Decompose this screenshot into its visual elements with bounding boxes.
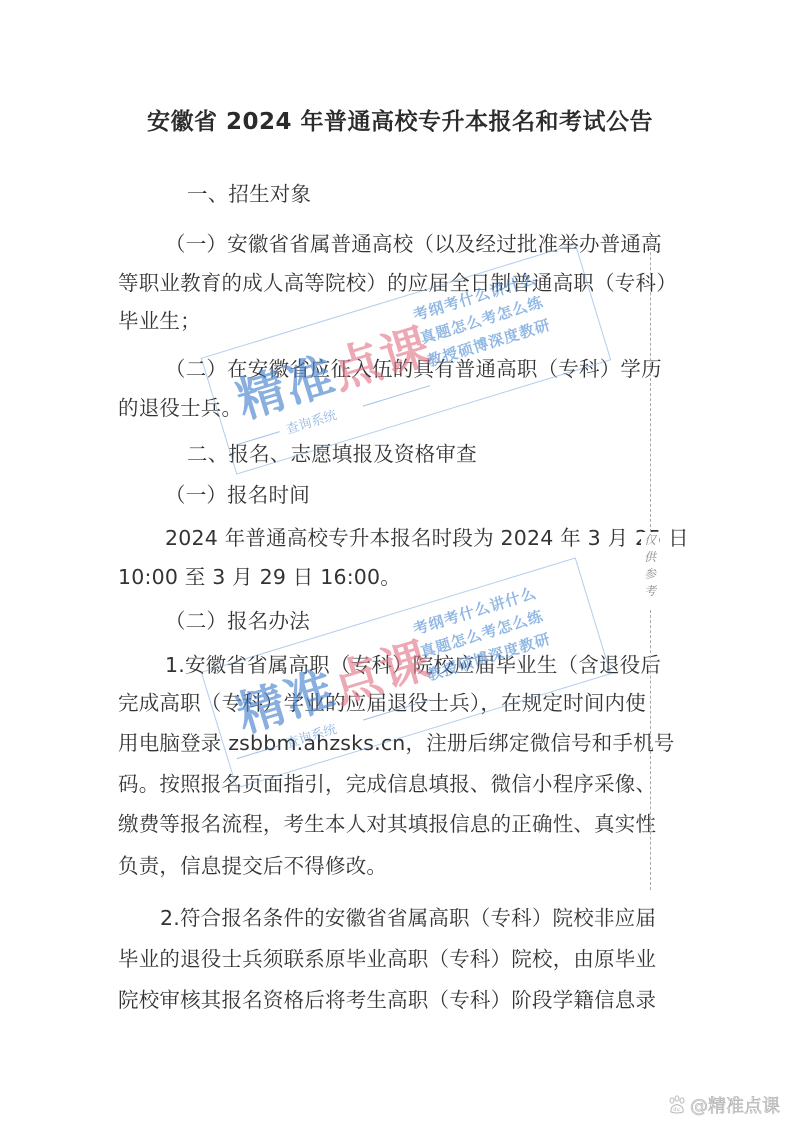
paragraph-line-url: 用电脑登录 zsbbm.ahzsks.cn，注册后绑定微信号和手机号	[118, 729, 675, 757]
paragraph-line: 的退役士兵。	[118, 394, 242, 422]
paragraph-line: 缴费等报名流程，考生本人对其填报信息的正确性、真实性	[118, 810, 656, 838]
footer-watermark-text: @精准点课	[690, 1092, 780, 1118]
watermark-slogan: 真题怎么考怎么练	[418, 291, 547, 349]
margin-dashed-line	[650, 232, 651, 532]
paragraph-line: 2024 年普通高校专升本报名时段为 2024 年 3 月 25 日	[165, 524, 689, 552]
margin-note-char: 仅	[641, 532, 659, 549]
watermark-rule	[363, 385, 430, 406]
paragraph-line: 院校审核其报名资格后将考生高职（专科）阶段学籍信息录	[118, 986, 656, 1014]
paragraph-line: 2.符合报名条件的安徽省省属高职（专科）院校非应届	[160, 904, 656, 932]
subheading-registration-time: （一）报名时间	[165, 481, 310, 509]
paragraph-line: 毕业生；	[118, 307, 201, 335]
paragraph-line: 毕业的退役士兵须联系原毕业高职（专科）院校，由原毕业	[118, 945, 656, 973]
paragraph-line: 10:00 至 3 月 29 日 16:00。	[118, 563, 401, 591]
margin-note-for-reference-only: 仅 供 参 考	[641, 532, 659, 600]
section-heading-registration: 二、报名、志愿填报及资格审查	[187, 440, 477, 468]
document-title: 安徽省 2024 年普通高校专升本报名和考试公告	[0, 103, 800, 136]
document-page: 安徽省 2024 年普通高校专升本报名和考试公告 一、招生对象 （一）安徽省省属…	[0, 0, 800, 1132]
paragraph-line: （一）安徽省省属普通高校（以及经过批准举办普通高	[165, 230, 662, 258]
section-heading-enrollment-target: 一、招生对象	[187, 180, 311, 208]
watermark-subtitle: 查询系统	[283, 404, 338, 437]
margin-note-char: 参	[641, 566, 659, 583]
baidu-paw-icon: du	[667, 1095, 687, 1115]
footer-watermark: du @精准点课	[667, 1093, 780, 1117]
margin-note-char: 考	[641, 583, 659, 600]
paragraph-line: 码。按照报名页面指引，完成信息填报、微信小程序采像、	[118, 770, 656, 798]
margin-dashed-line	[650, 610, 651, 890]
paragraph-line: 负责，信息提交后不得修改。	[118, 852, 387, 880]
watermark-slogan: 考纲考什么讲什么	[411, 582, 540, 640]
paragraph-line: 完成高职（专科）学业的应届退役士兵），在规定时间内使	[118, 689, 646, 717]
paragraph-line: （二）在安徽省应征入伍的具有普通高职（专科）学历	[165, 355, 662, 383]
paragraph-line: 等职业教育的成人高等院校）的应届全日制普通高职（专科）	[118, 269, 677, 297]
svg-text:du: du	[673, 1107, 679, 1113]
paragraph-line: 1.安徽省省属高职（专科）院校应届毕业生（含退役后	[165, 651, 661, 679]
watermark-brand: 精准点课	[227, 621, 438, 745]
subheading-registration-method: （二）报名办法	[165, 607, 310, 635]
margin-note-char: 供	[641, 549, 659, 566]
